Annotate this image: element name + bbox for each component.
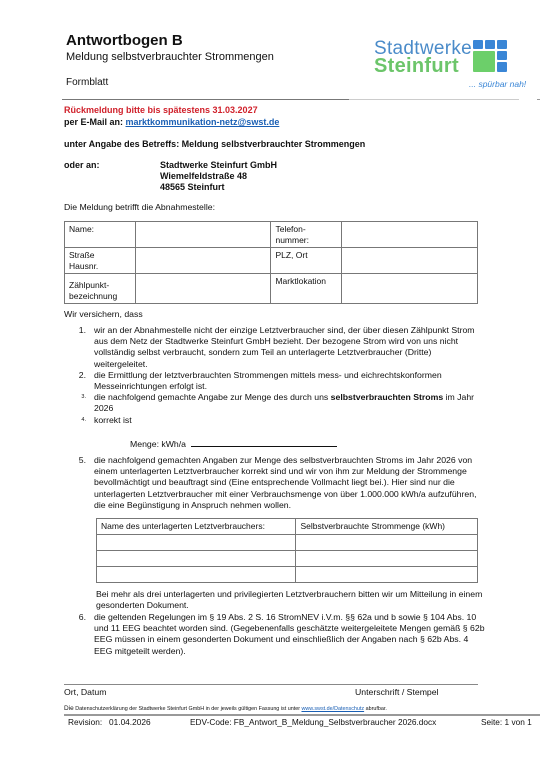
zip-city-field[interactable] bbox=[342, 248, 478, 274]
item-text: die geltenden Regelungen im § 19 Abs. 2 … bbox=[94, 612, 485, 656]
email-prefix: per E-Mail an: bbox=[64, 117, 126, 127]
header-divider bbox=[62, 99, 349, 100]
address-line: 48565 Steinfurt bbox=[160, 182, 277, 193]
amount-field[interactable] bbox=[191, 437, 337, 447]
logo-line2: Steinfurt bbox=[374, 55, 459, 78]
declaration-item: 2. die Ermittlung der letztverbrauchten … bbox=[66, 370, 486, 392]
consumer-amount-field[interactable] bbox=[296, 567, 478, 583]
site-intro: Die Meldung betrifft die Abnahmestelle: bbox=[64, 202, 215, 212]
site-label: Marktlokation bbox=[271, 274, 342, 304]
item-text: korrekt ist bbox=[94, 415, 132, 425]
edv-code: EDV-Code: FB_Antwort_B_Meldung_Selbstver… bbox=[190, 717, 436, 727]
document-title: Antwortbogen B bbox=[66, 32, 183, 49]
page-number: Seite: 1 von 1 bbox=[481, 717, 532, 727]
amount-label: Menge: kWh/a bbox=[130, 439, 186, 449]
item-number: 1. bbox=[66, 325, 86, 336]
site-row: Zählpunkt- bezeichnung Marktlokation bbox=[65, 274, 478, 304]
address-line: Wiemelfeldstraße 48 bbox=[160, 171, 277, 182]
declaration-intro: Wir versichern, dass bbox=[64, 309, 143, 319]
privacy-suffix: abrufbar. bbox=[364, 706, 387, 712]
subject-line: unter Angabe des Betreffs: Meldung selbs… bbox=[64, 139, 365, 150]
document-subtitle: Meldung selbstverbrauchter Strommengen bbox=[66, 51, 274, 63]
postal-address: Stadtwerke Steinfurt GmbH Wiemelfeldstra… bbox=[160, 160, 277, 193]
item-text: die nachfolgend gemachten Angaben zur Me… bbox=[94, 455, 476, 510]
signature-line bbox=[64, 684, 478, 685]
column-header: Selbstverbrauchte Strommenge (kWh) bbox=[296, 519, 478, 535]
consumer-name-field[interactable] bbox=[97, 551, 296, 567]
address-line: Stadtwerke Steinfurt GmbH bbox=[160, 160, 277, 171]
header-divider-end bbox=[537, 99, 540, 100]
item-number: 2. bbox=[66, 370, 86, 381]
signature-label: Unterschrift / Stempel bbox=[355, 687, 439, 697]
declaration-item: 3. die nachfolgend gemachte Angabe zur M… bbox=[66, 392, 486, 414]
header-divider-light bbox=[349, 99, 519, 100]
item-text: die nachfolgend gemachte Angabe zur Meng… bbox=[94, 392, 474, 413]
item-text: die Ermittlung der letztverbrauchten Str… bbox=[94, 370, 442, 391]
place-date-label: Ort, Datum bbox=[64, 687, 106, 697]
site-label: Telefon- nummer: bbox=[271, 222, 342, 248]
declaration-item: 5. die nachfolgend gemachten Angaben zur… bbox=[66, 455, 486, 511]
table-row bbox=[97, 551, 478, 567]
consumer-name-field[interactable] bbox=[97, 567, 296, 583]
consumer-amount-field[interactable] bbox=[296, 551, 478, 567]
name-field[interactable] bbox=[135, 222, 271, 248]
table-row bbox=[97, 535, 478, 551]
item-number: 3. bbox=[66, 392, 86, 403]
declaration-list-end: 6. die geltenden Regelungen im § 19 Abs.… bbox=[66, 612, 486, 657]
table-row bbox=[97, 567, 478, 583]
email-link[interactable]: marktkommunikation-netz@swst.de bbox=[126, 117, 280, 127]
item-number: 5. bbox=[66, 455, 86, 466]
site-label: Zählpunkt- bezeichnung bbox=[65, 274, 136, 304]
phone-field[interactable] bbox=[342, 222, 478, 248]
consumer-name-field[interactable] bbox=[97, 535, 296, 551]
item-text: wir an der Abnahmestelle nicht der einzi… bbox=[94, 325, 475, 369]
email-line: per E-Mail an: marktkommunikation-netz@s… bbox=[64, 117, 279, 128]
logo-slogan: ... spürbar nah! bbox=[469, 79, 526, 89]
column-header: Name des unterlagerten Letztverbrauchers… bbox=[97, 519, 296, 535]
revision-label: Revision: 01.04.2026 bbox=[68, 717, 151, 727]
declaration-list: 1. wir an der Abnahmestelle nicht der ei… bbox=[66, 325, 486, 426]
table-header-row: Name des unterlagerten Letztverbrauchers… bbox=[97, 519, 478, 535]
consumer-amount-field[interactable] bbox=[296, 535, 478, 551]
declaration-list-cont: 5. die nachfolgend gemachten Angaben zur… bbox=[66, 455, 486, 511]
privacy-prefix: Die bbox=[64, 705, 74, 712]
amount-row: Menge: kWh/a bbox=[130, 437, 337, 449]
note-text: Bei mehr als drei unterlagerten und priv… bbox=[96, 589, 486, 611]
site-table: Name: Telefon- nummer: Straße Hausnr. PL… bbox=[64, 221, 478, 304]
privacy-link[interactable]: www.swst.de/Datenschutz bbox=[301, 706, 364, 712]
site-label: Name: bbox=[65, 222, 136, 248]
privacy-text: Datenschutzerklärung der Stadtwerke Stei… bbox=[74, 706, 302, 712]
item-number: 4. bbox=[66, 415, 86, 426]
privacy-notice: Die Datenschutzerklärung der Stadtwerke … bbox=[64, 705, 387, 712]
declaration-item: 6. die geltenden Regelungen im § 19 Abs.… bbox=[66, 612, 486, 657]
site-label: Straße Hausnr. bbox=[65, 248, 136, 274]
sub-consumer-table: Name des unterlagerten Letztverbrauchers… bbox=[96, 518, 478, 583]
site-row: Straße Hausnr. PLZ, Ort bbox=[65, 248, 478, 274]
or-label: oder an: bbox=[64, 160, 100, 171]
site-row: Name: Telefon- nummer: bbox=[65, 222, 478, 248]
declaration-item: 4. korrekt ist bbox=[66, 415, 486, 426]
footer-divider bbox=[64, 714, 540, 716]
site-label: PLZ, Ort bbox=[271, 248, 342, 274]
meter-point-field[interactable] bbox=[135, 274, 271, 304]
market-location-field[interactable] bbox=[342, 274, 478, 304]
form-label: Formblatt bbox=[66, 77, 108, 88]
street-field[interactable] bbox=[135, 248, 271, 274]
item-number: 6. bbox=[66, 612, 86, 623]
declaration-item: 1. wir an der Abnahmestelle nicht der ei… bbox=[66, 325, 486, 370]
deadline-text: Rückmeldung bitte bis spätestens 31.03.2… bbox=[64, 105, 258, 116]
